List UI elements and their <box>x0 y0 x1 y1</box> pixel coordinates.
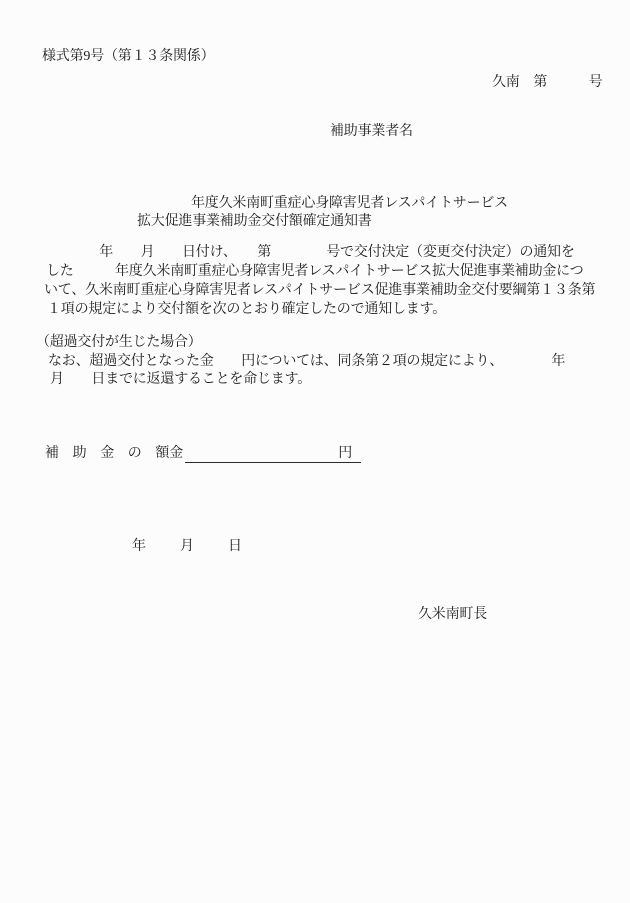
addressee-label: 補助事業者名 <box>330 124 413 139</box>
form-number: 様式第9号（第１３条関係） <box>42 49 214 64</box>
body-line-2: した 年度久米南町重症心身障害児者レスパイトサービス拡大促進事業補助金につ <box>46 264 584 279</box>
subsidy-amount-label: 補 助 金 の 額 <box>45 446 169 461</box>
subsidy-amount-unit: 円 <box>338 446 352 461</box>
overpayment-heading: （超過交付が生じた場合） <box>36 335 202 350</box>
signature-mayor: 久米南町長 <box>418 607 487 622</box>
subsidy-amount-currency-prefix: 金 <box>169 446 183 461</box>
overpayment-line-1: なお、超過交付となった金 円については、同条第２項の規定により、 年 <box>48 354 565 369</box>
document-page: 様式第9号（第１３条関係） 久南 第 号 補助事業者名 年度久米南町重症心身障害… <box>0 0 630 903</box>
overpayment-line-2: 月 日までに返還することを命じます。 <box>50 372 311 387</box>
date-line: 年 月 日 <box>132 539 244 554</box>
title-line-1: 年度久米南町重症心身障害児者レスパイトサービス <box>191 196 508 211</box>
doc-number-line: 久南 第 号 <box>492 75 602 90</box>
subsidy-amount-blank-field: 円 <box>185 446 361 463</box>
body-line-1: 年 月 日付け、 第 号で交付決定（変更交付決定）の通知を <box>44 245 575 260</box>
title-line-2: 拡大促進事業補助金交付額確定通知書 <box>137 214 372 229</box>
body-line-3: いて、久米南町重症心身障害児者レスパイトサービス促進事業補助金交付要綱第１３条第 <box>44 283 595 298</box>
body-line-4: １項の規定により交付額を次のとおり確定したので通知します。 <box>47 302 446 317</box>
subsidy-amount-line: 補 助 金 の 額金円 <box>45 446 361 463</box>
